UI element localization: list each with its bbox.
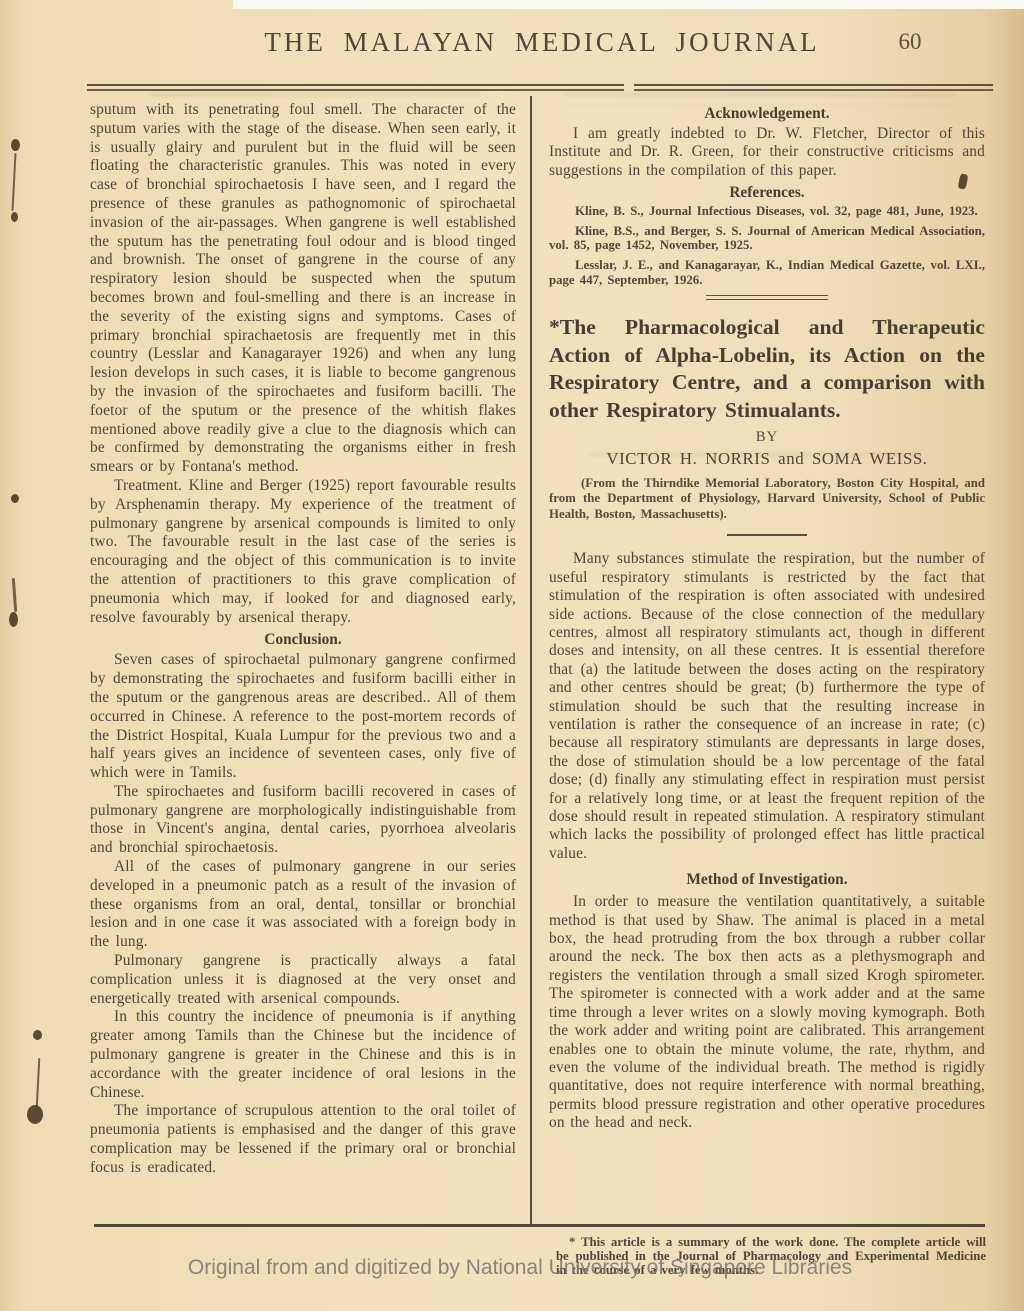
header-rule-right	[634, 84, 993, 91]
footer-rule	[94, 1224, 985, 1227]
ink-mark	[11, 494, 19, 503]
bleed-through-smudge	[150, 92, 480, 101]
reference-entry: Kline, B. S., Journal Infectious Disease…	[549, 204, 985, 219]
body-paragraph: In this country the incidence of pneumon…	[90, 1008, 516, 1102]
left-column: sputum with its penetrating foul smell. …	[90, 101, 516, 1178]
article-paragraph: Many substances stimulate the respiratio…	[549, 550, 985, 863]
ink-mark	[12, 578, 17, 612]
body-paragraph: Treatment. Kline and Berger (1925) repor…	[90, 477, 516, 627]
ink-mark	[11, 139, 20, 151]
title-body-rule	[727, 534, 807, 536]
body-paragraph: The importance of scrupulous attention t…	[90, 1102, 516, 1177]
reference-entry: Kline, B.S., and Berger, S. S. Journal o…	[549, 224, 985, 253]
references-heading: References.	[549, 183, 985, 202]
right-column: Acknowledgement. I am greatly indebted t…	[549, 101, 985, 1133]
byline: BY	[549, 429, 985, 446]
acknowledgement-heading: Acknowledgement.	[549, 104, 985, 123]
article-title: *The Pharmacological and Therapeutic Act…	[549, 314, 985, 424]
journal-title: THE MALAYAN MEDICAL JOURNAL	[242, 27, 842, 58]
reference-entry: Lesslar, J. E., and Kanagarayar, K., Ind…	[549, 258, 985, 287]
body-paragraph: Pulmonary gangrene is practically always…	[90, 952, 516, 1008]
affiliation: (From the Thirndike Memorial Laboratory,…	[549, 476, 985, 523]
body-paragraph: Seven cases of spirochaetal pulmonary ga…	[90, 651, 516, 783]
body-paragraph: All of the cases of pulmonary gangrene i…	[90, 858, 516, 952]
ink-mark	[9, 612, 18, 627]
ink-mark	[11, 212, 18, 222]
ink-mark	[27, 1105, 43, 1124]
article-separator-rule	[706, 295, 828, 300]
authors-line: VICTOR H. NORRIS and SOMA WEISS.	[549, 449, 985, 469]
article-paragraph: In order to measure the ventilation quan…	[549, 893, 985, 1132]
references-list: Kline, B. S., Journal Infectious Disease…	[549, 204, 985, 287]
ink-mark	[33, 1030, 42, 1040]
digitization-watermark: Original from and digitized by National …	[174, 1256, 866, 1280]
ink-mark	[36, 1058, 41, 1108]
conclusion-heading: Conclusion.	[90, 630, 516, 649]
method-heading: Method of Investigation.	[549, 870, 985, 889]
scanned-journal-page: THE MALAYAN MEDICAL JOURNAL 60 sputum wi…	[0, 0, 1024, 1311]
column-divider	[530, 96, 532, 1224]
body-paragraph: sputum with its penetrating foul smell. …	[90, 101, 516, 477]
scan-edge-strip	[233, 0, 1024, 9]
header-rule-left	[87, 84, 624, 91]
ink-mark	[11, 153, 16, 211]
body-paragraph: The spirochaetes and fusiform bacilli re…	[90, 783, 516, 858]
page-number: 60	[880, 29, 940, 55]
acknowledgement-text: I am greatly indebted to Dr. W. Fletcher…	[549, 125, 985, 180]
